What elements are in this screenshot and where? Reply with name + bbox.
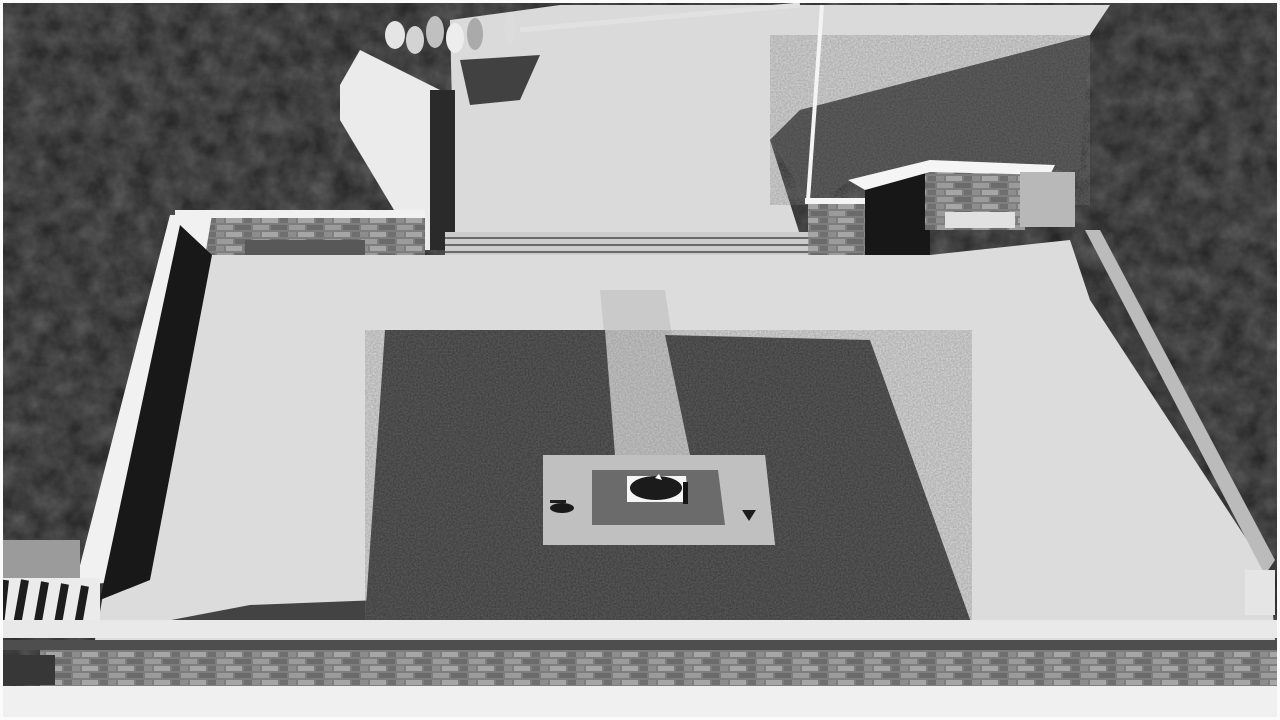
memorial-photo <box>0 0 1280 720</box>
